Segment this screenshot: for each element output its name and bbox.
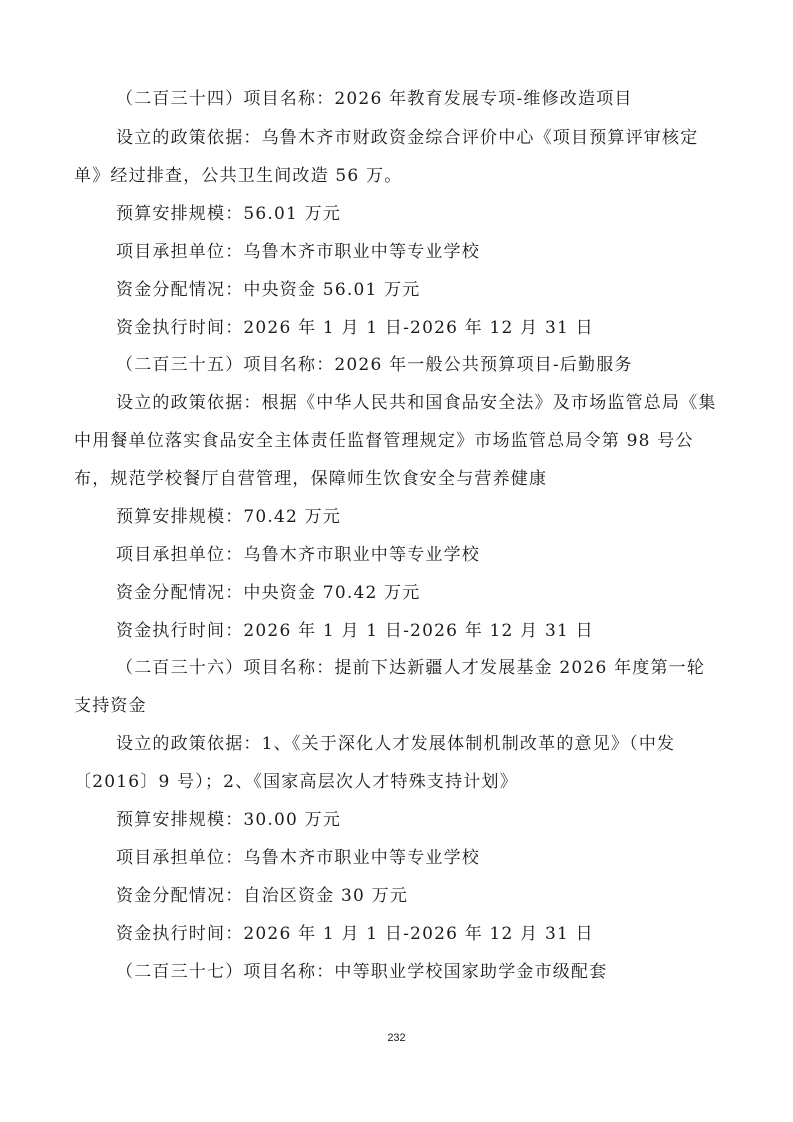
text-line: 资金执行时间：2026 年 1 月 1 日-2026 年 12 月 31 日: [116, 924, 594, 944]
text-line: 支持资金: [74, 696, 147, 716]
text-line: 预算安排规模：70.42 万元: [116, 507, 341, 527]
text-line: 设立的政策依据：根据《中华人民共和国食品安全法》及市场监管总局《集: [116, 393, 717, 413]
text-line: 资金分配情况：自治区资金 30 万元: [116, 886, 408, 906]
text-line: 预算安排规模：30.00 万元: [116, 810, 341, 830]
text-line: （二百三十七）项目名称：中等职业学校国家助学金市级配套: [116, 962, 607, 982]
text-line: 单》经过排查，公共卫生间改造 56 万。: [74, 166, 402, 186]
text-line: 布，规范学校餐厅自营管理，保障师生饮食安全与营养健康: [74, 469, 547, 489]
text-line: 中用餐单位落实食品安全主体责任监督管理规定》市场监管总局令第 98 号公: [74, 431, 694, 451]
text-line: 项目承担单位：乌鲁木齐市职业中等专业学校: [116, 848, 480, 868]
text-line: 资金分配情况：中央资金 56.01 万元: [116, 280, 420, 300]
page-number: 232: [0, 1032, 793, 1044]
text-line: 资金执行时间：2026 年 1 月 1 日-2026 年 12 月 31 日: [116, 621, 594, 641]
text-line: 资金分配情况：中央资金 70.42 万元: [116, 583, 420, 603]
text-line: 资金执行时间：2026 年 1 月 1 日-2026 年 12 月 31 日: [116, 318, 594, 338]
text-line: 〔2016〕9 号）；2、《国家高层次人才特殊支持计划》: [74, 772, 518, 792]
text-line: （二百三十五）项目名称：2026 年一般公共预算项目-后勤服务: [116, 355, 633, 375]
text-line: 项目承担单位：乌鲁木齐市职业中等专业学校: [116, 242, 480, 262]
text-line: 设立的政策依据：1、《关于深化人才发展体制机制改革的意见》（中发: [116, 734, 675, 754]
text-line: 设立的政策依据：乌鲁木齐市财政资金综合评价中心《项目预算评审核定: [116, 128, 698, 148]
text-line: 项目承担单位：乌鲁木齐市职业中等专业学校: [116, 545, 480, 565]
text-line: （二百三十四）项目名称：2026 年教育发展专项-维修改造项目: [116, 89, 633, 109]
text-line: 预算安排规模：56.01 万元: [116, 204, 341, 224]
text-line: （二百三十六）项目名称：提前下达新疆人才发展基金 2026 年度第一轮: [116, 658, 705, 678]
